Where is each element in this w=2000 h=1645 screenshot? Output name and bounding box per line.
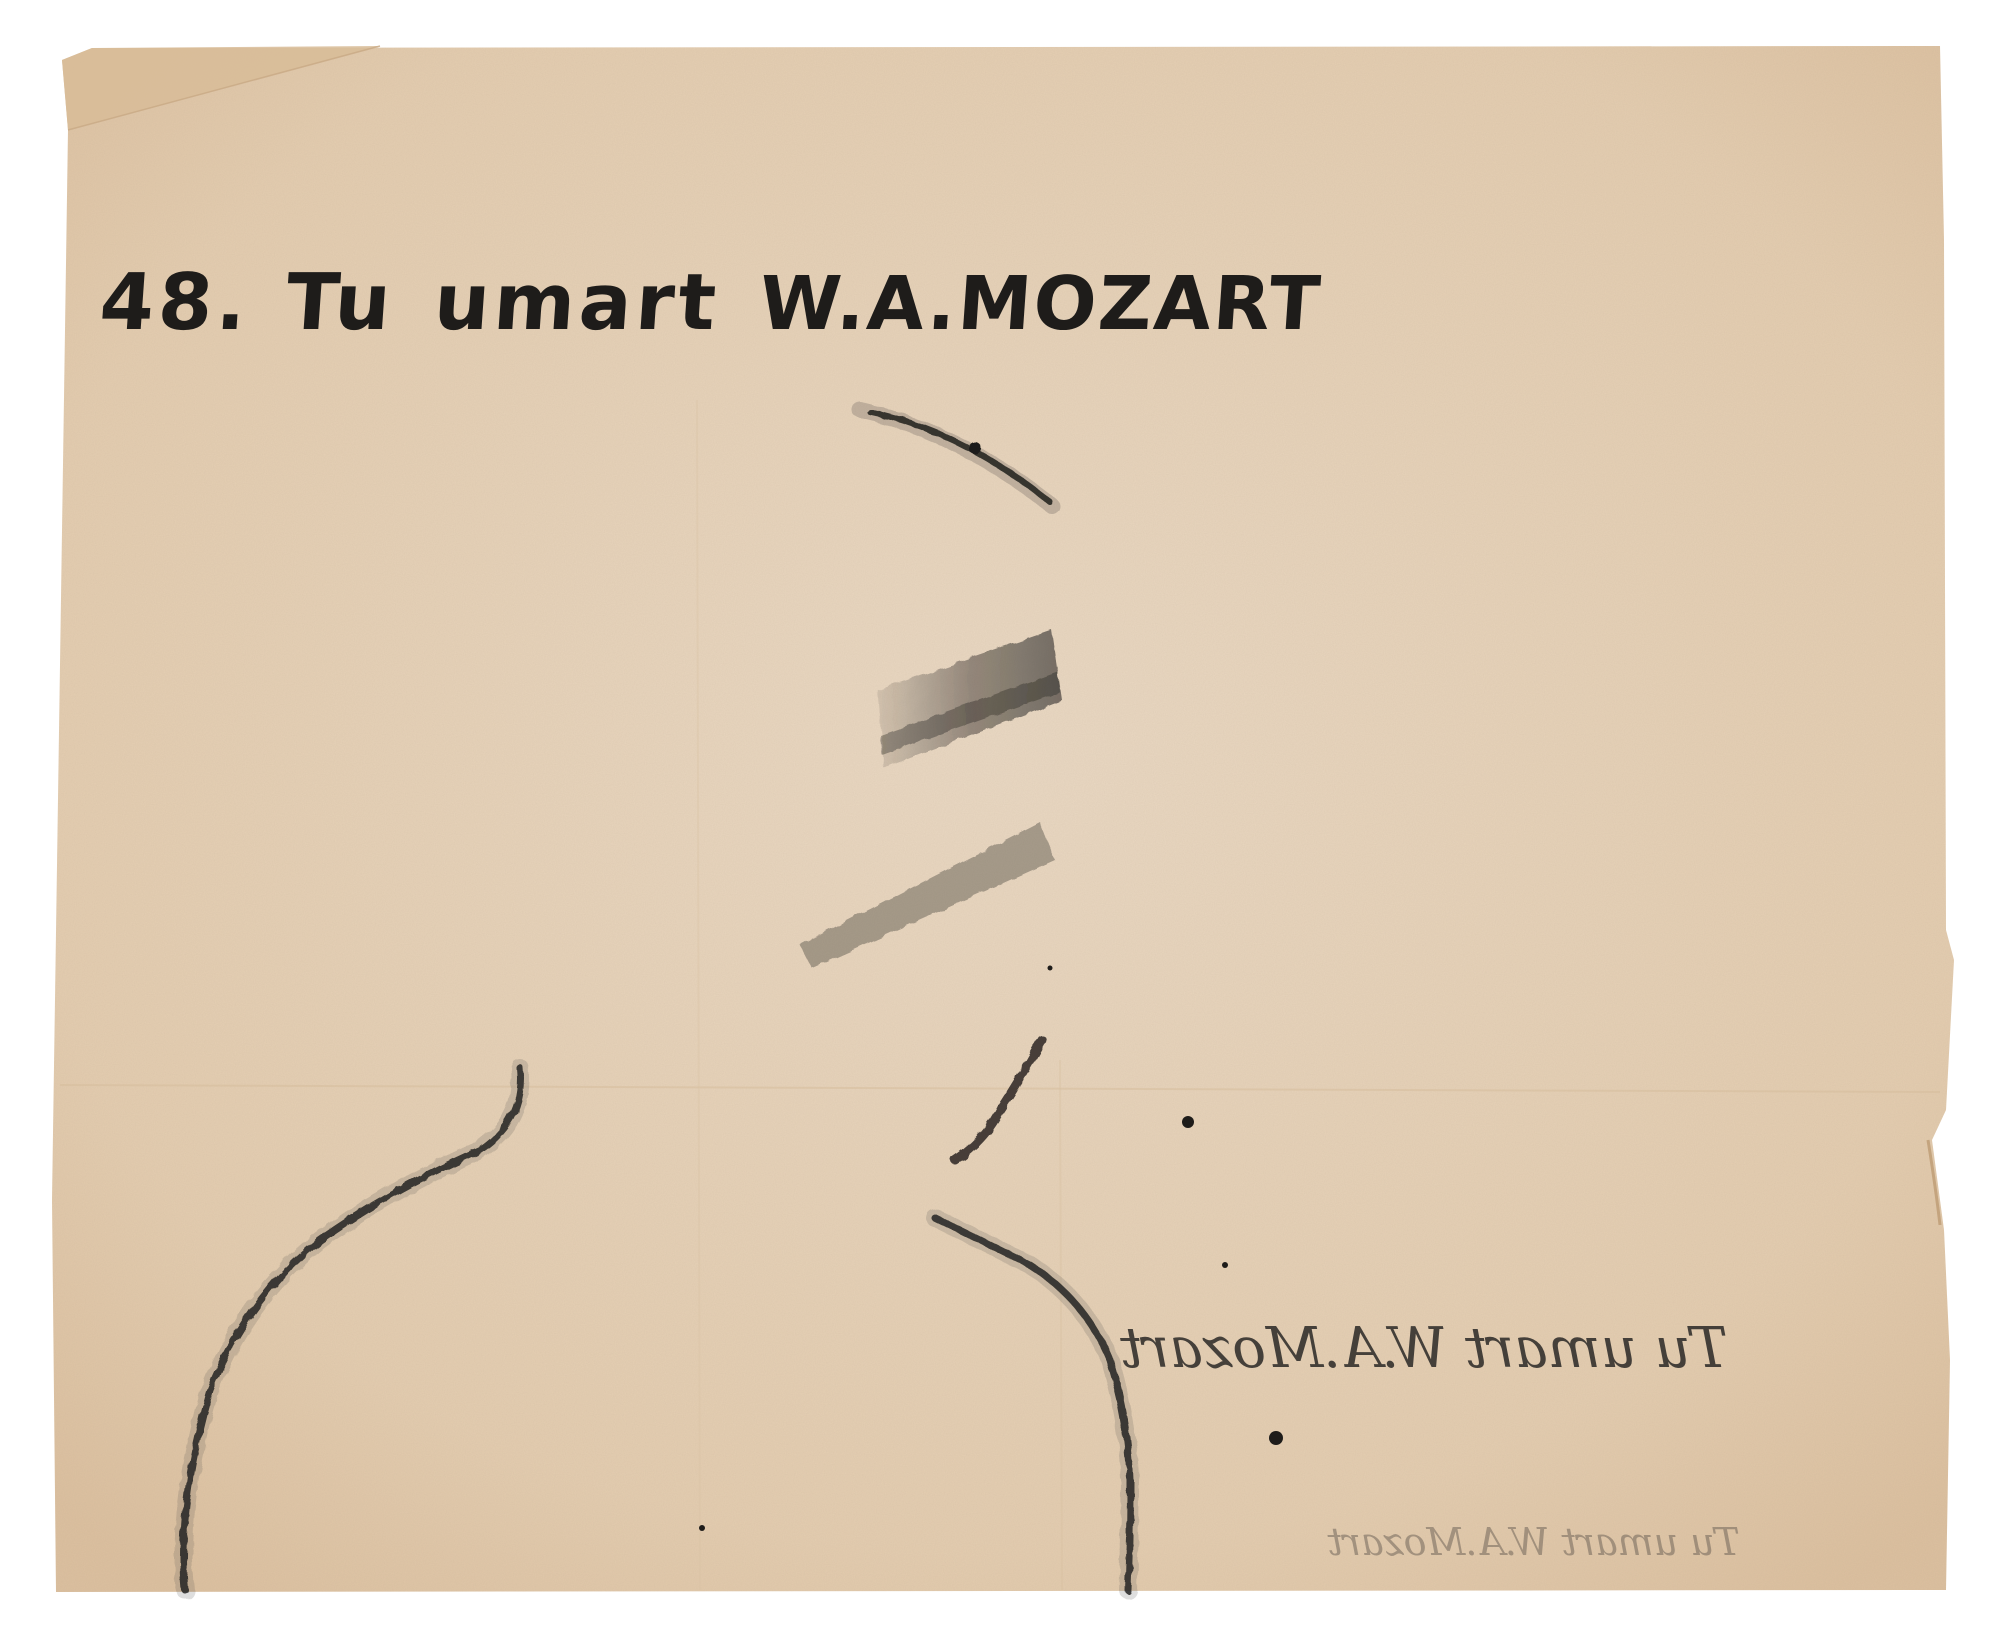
faint-offset-inscription: Tu umart W.A.Mozart bbox=[1380, 1520, 1740, 1564]
inscription-word-1: Tu bbox=[283, 258, 397, 348]
paper-sheet bbox=[0, 0, 2000, 1645]
title-inscription: 48.TuumartW.A.MOZART bbox=[97, 258, 1325, 348]
inscription-word-2: umart bbox=[431, 258, 722, 348]
mirror-offset-inscription: Tu umart W.A.Mozart bbox=[1168, 1316, 1728, 1381]
inscription-number: 48. bbox=[97, 258, 253, 348]
inscription-name: W.A.MOZART bbox=[756, 261, 1324, 347]
